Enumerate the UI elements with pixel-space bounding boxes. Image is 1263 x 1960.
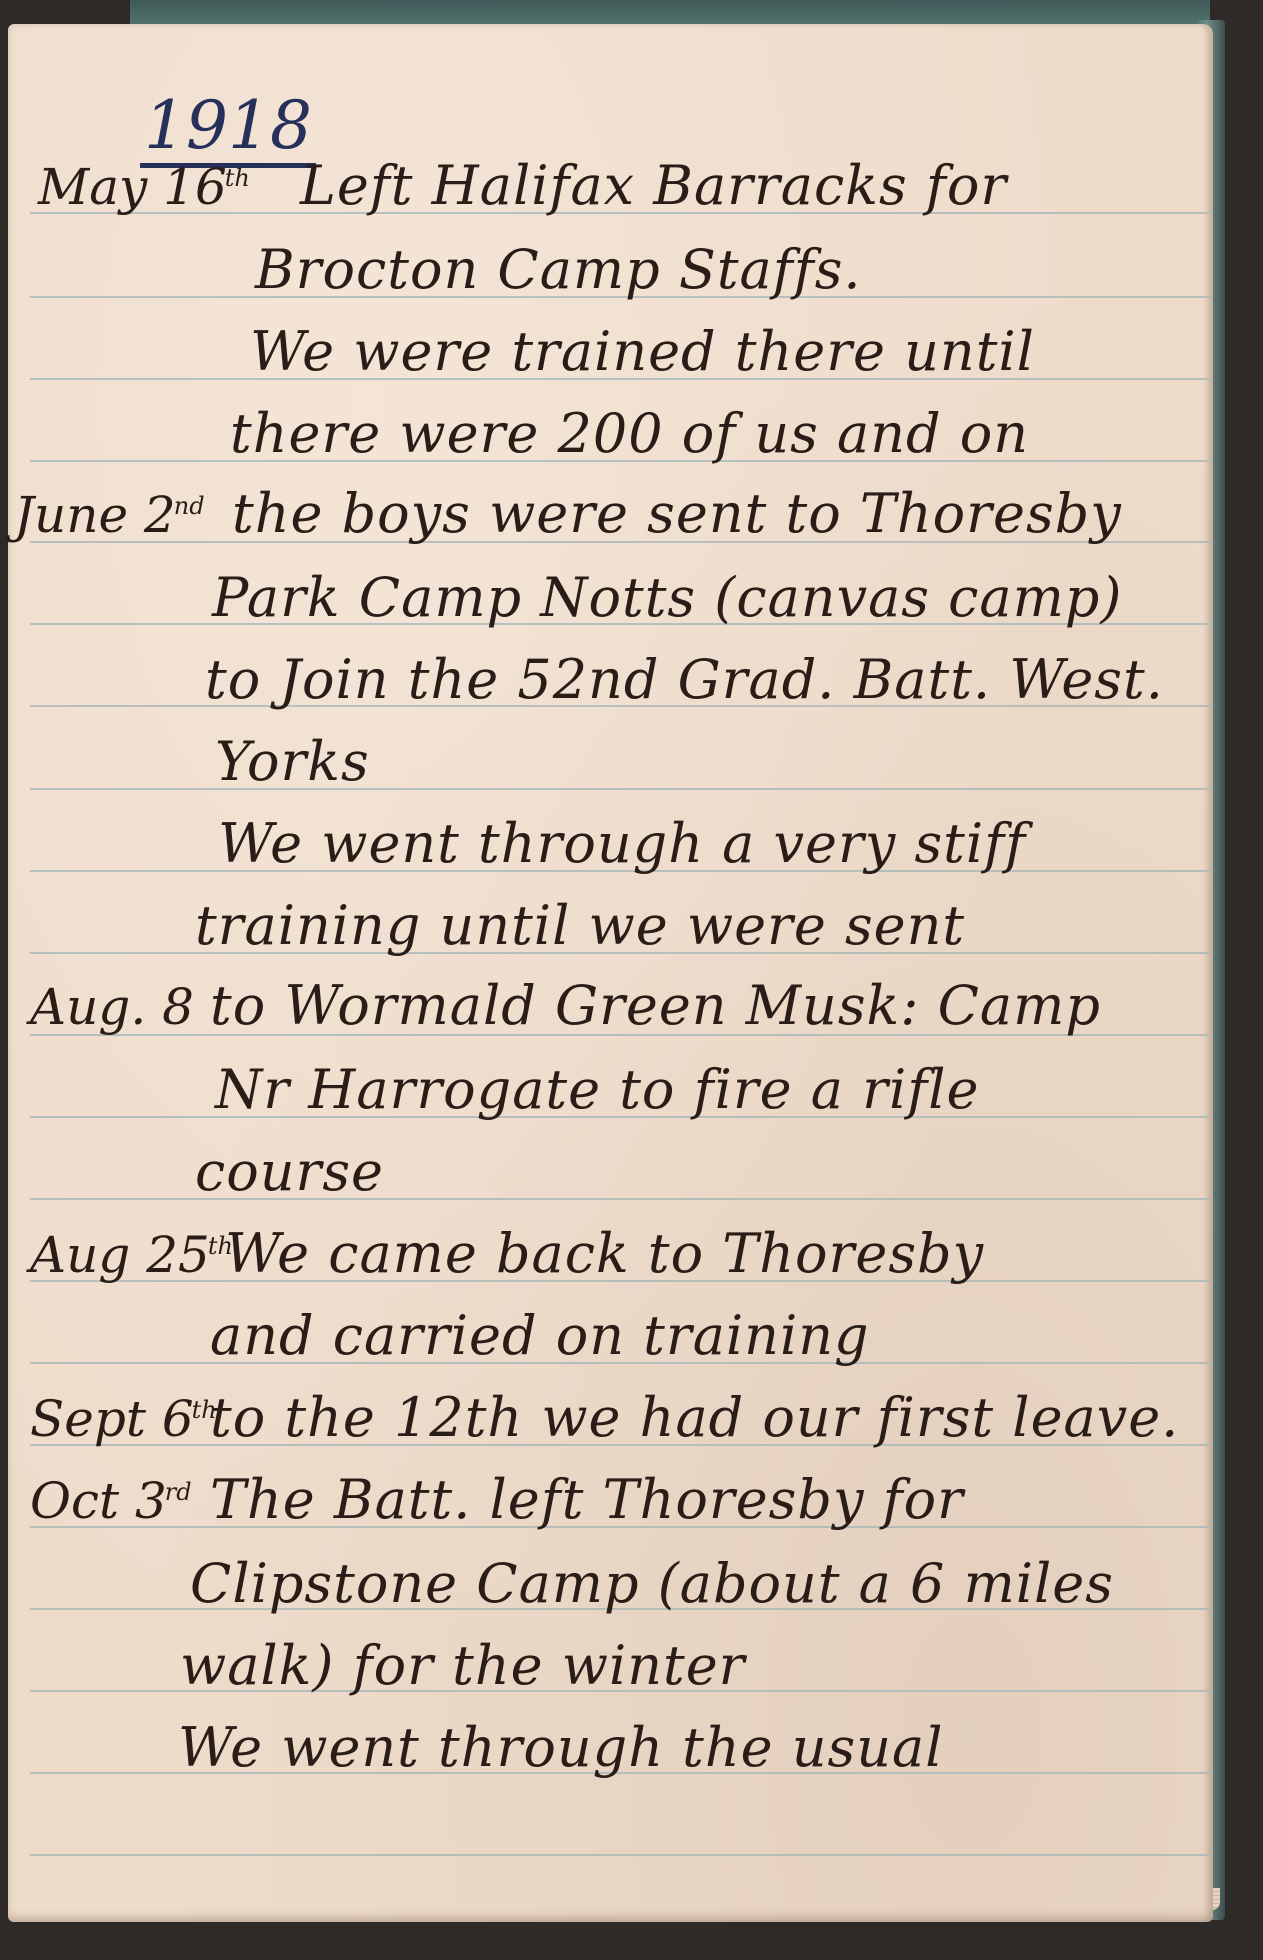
entry-text: and carried on training bbox=[210, 1304, 870, 1367]
date-text: Oct 3 bbox=[30, 1472, 167, 1530]
entry-date: Aug 25th bbox=[30, 1226, 233, 1284]
entry-date: June 2nd bbox=[14, 486, 205, 544]
entry-text: We were trained there until bbox=[250, 320, 1035, 383]
entry-text: to the 12th we had our first leave. bbox=[210, 1386, 1179, 1449]
date-text: Aug. 8 bbox=[30, 978, 194, 1036]
entry-text: The Batt. left Thoresby for bbox=[210, 1468, 964, 1531]
entry-text: to Wormald Green Musk: Camp bbox=[210, 974, 1101, 1037]
entry-text: Clipstone Camp (about a 6 miles bbox=[190, 1552, 1114, 1615]
date-text: Sept 6 bbox=[30, 1390, 194, 1448]
entry-text: Nr Harrogate to fire a rifle bbox=[215, 1058, 979, 1121]
entry-text: training until we were sent bbox=[195, 894, 965, 957]
entry-text: Brocton Camp Staffs. bbox=[255, 238, 862, 301]
ruled-line bbox=[30, 1854, 1210, 1856]
date-text: Aug 25 bbox=[30, 1226, 210, 1284]
entry-date: Oct 3rd bbox=[30, 1472, 192, 1530]
entry-text: We went through the usual bbox=[178, 1716, 943, 1779]
entry-text: course bbox=[195, 1140, 384, 1203]
date-text: June 2 bbox=[14, 486, 176, 544]
entry-date: Aug. 8 bbox=[30, 978, 192, 1036]
entry-text: there were 200 of us and on bbox=[230, 402, 1029, 465]
ruled-line bbox=[30, 788, 1210, 790]
date-suffix: th bbox=[225, 164, 250, 192]
year-heading: 1918 bbox=[140, 90, 316, 168]
date-suffix: nd bbox=[174, 492, 205, 520]
entry-text: Park Camp Notts (canvas camp) bbox=[212, 566, 1122, 629]
entry-date: Sept 6th bbox=[30, 1390, 217, 1448]
entry-text: Yorks bbox=[215, 730, 370, 793]
entry-date: May 16th bbox=[38, 158, 250, 216]
entry-text: to Join the 52nd Grad. Batt. West. bbox=[205, 648, 1164, 711]
entry-text: walk) for the winter bbox=[180, 1634, 745, 1697]
date-text: May 16 bbox=[38, 158, 227, 216]
entry-text: Left Halifax Barracks for bbox=[300, 154, 1007, 217]
date-suffix: rd bbox=[165, 1478, 192, 1506]
entry-text: We went through a very stiff bbox=[218, 812, 1026, 875]
entry-text: the boys were sent to Thoresby bbox=[232, 482, 1122, 545]
entry-text: We came back to Thoresby bbox=[225, 1222, 984, 1285]
